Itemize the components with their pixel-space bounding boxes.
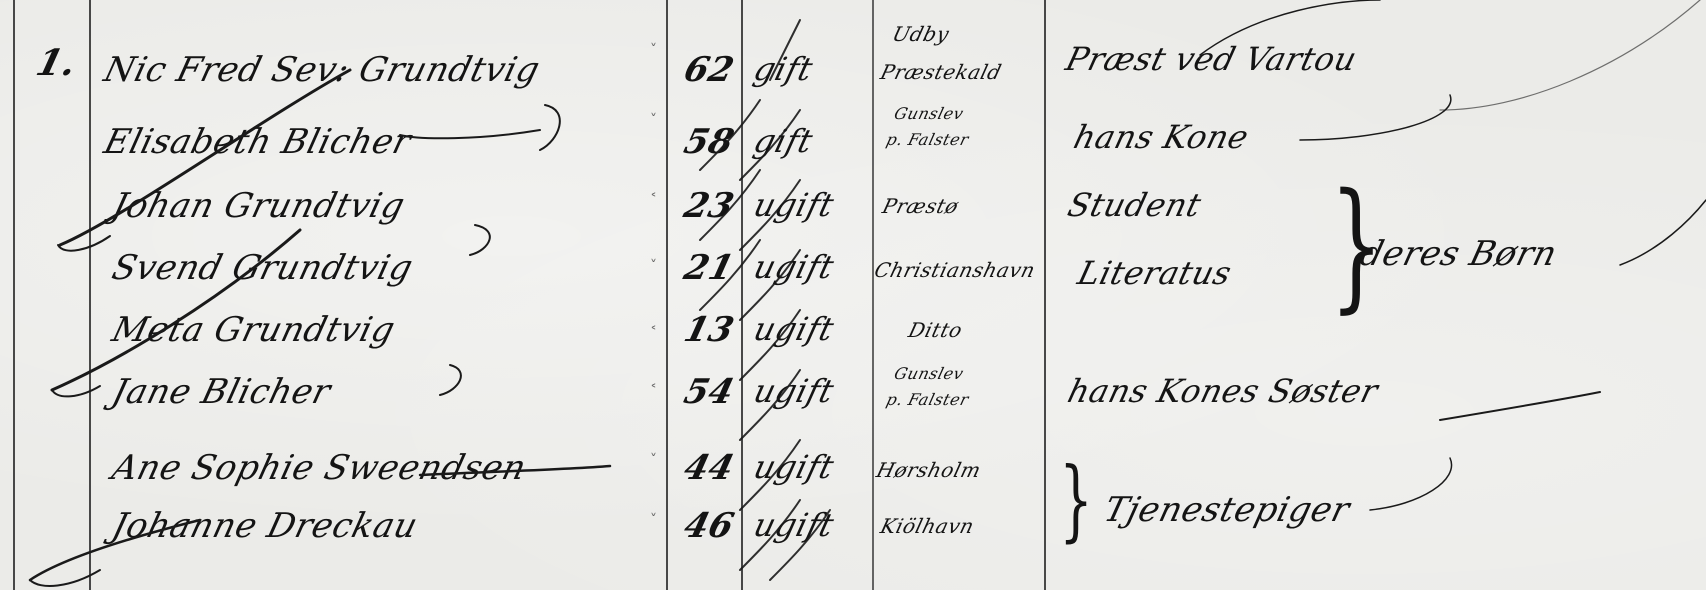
row-civil-status: ugift [750, 506, 838, 544]
row-civil-status: gift [750, 50, 817, 88]
row-civil-status: ugift [750, 248, 838, 286]
margin-tick: ˂ [650, 325, 657, 341]
row-civil-status: ugift [750, 310, 838, 348]
row-age: 44 [680, 448, 738, 488]
row-birthplace-line2: p. Falster [884, 130, 971, 150]
row-civil-status: ugift [750, 186, 838, 224]
column-rule-birthplace-end [1044, 0, 1046, 590]
row-age: 21 [680, 248, 738, 288]
column-rule-number [89, 0, 91, 590]
row-name: Ane Sophie Sweendsen [108, 448, 530, 488]
row-birthplace-line2: Præstekald [878, 60, 1004, 84]
row-name: Svend Grundtvig [108, 248, 417, 288]
row-occupation: hans Kones Søster [1064, 372, 1382, 410]
row-civil-status: gift [750, 122, 817, 160]
row-civil-status: ugift [750, 448, 838, 486]
row-age: 58 [680, 122, 738, 162]
row-birthplace-line1: Hørsholm [874, 458, 984, 482]
row-birthplace-line1: Præstø [880, 194, 961, 218]
servants-group-note: Tjenestepiger [1100, 490, 1354, 530]
row-name: Johanne Dreckau [108, 506, 422, 546]
margin-tick: ˂ [650, 192, 657, 208]
row-age: 62 [680, 50, 738, 90]
children-group-note: deres Børn [1356, 234, 1561, 274]
row-age: 23 [680, 186, 738, 226]
servants-brace: } [1059, 456, 1093, 544]
column-rule-age-end [741, 0, 743, 590]
row-birthplace-line1: Kiölhavn [878, 514, 977, 538]
row-occupation: hans Kone [1070, 118, 1253, 156]
household-number: 1. [32, 42, 81, 84]
row-birthplace-line2: p. Falster [884, 390, 971, 410]
row-name: Johan Grundtvig [108, 186, 409, 226]
row-age: 54 [680, 372, 738, 412]
row-birthplace-line1: Gunslev [892, 104, 966, 124]
row-name: Nic Fred Sev: Grundtvig [100, 50, 544, 90]
column-rule-name-end [666, 0, 668, 590]
row-birthplace-line1: Udby [890, 22, 952, 46]
row-age: 13 [680, 310, 738, 350]
row-occupation: Præst ved Vartou [1062, 40, 1361, 78]
margin-tick: ˅ [650, 112, 657, 128]
row-name: Jane Blicher [108, 372, 335, 412]
row-name: Meta Grundtvig [108, 310, 399, 350]
census-page: ˅ ˅ ˂ ˅ ˂ ˂ ˅ ˅ 1. Nic Fred Sev: Grundtv… [0, 0, 1706, 590]
row-civil-status: ugift [750, 372, 838, 410]
column-rule-left-margin [13, 0, 15, 590]
margin-tick: ˂ [650, 383, 657, 399]
row-birthplace-line1: Ditto [906, 318, 965, 342]
row-occupation: Student [1064, 186, 1205, 224]
margin-tick: ˅ [650, 512, 657, 528]
margin-tick: ˅ [650, 42, 657, 58]
row-birthplace-line1: Christianshavn [872, 258, 1038, 282]
column-rule-civil-end [872, 0, 874, 590]
margin-tick: ˅ [650, 452, 657, 468]
row-name: Elisabeth Blicher [100, 122, 415, 162]
margin-tick: ˅ [650, 258, 657, 274]
row-age: 46 [680, 506, 738, 546]
row-birthplace-line1: Gunslev [892, 364, 966, 384]
row-occupation: Literatus [1074, 254, 1236, 292]
